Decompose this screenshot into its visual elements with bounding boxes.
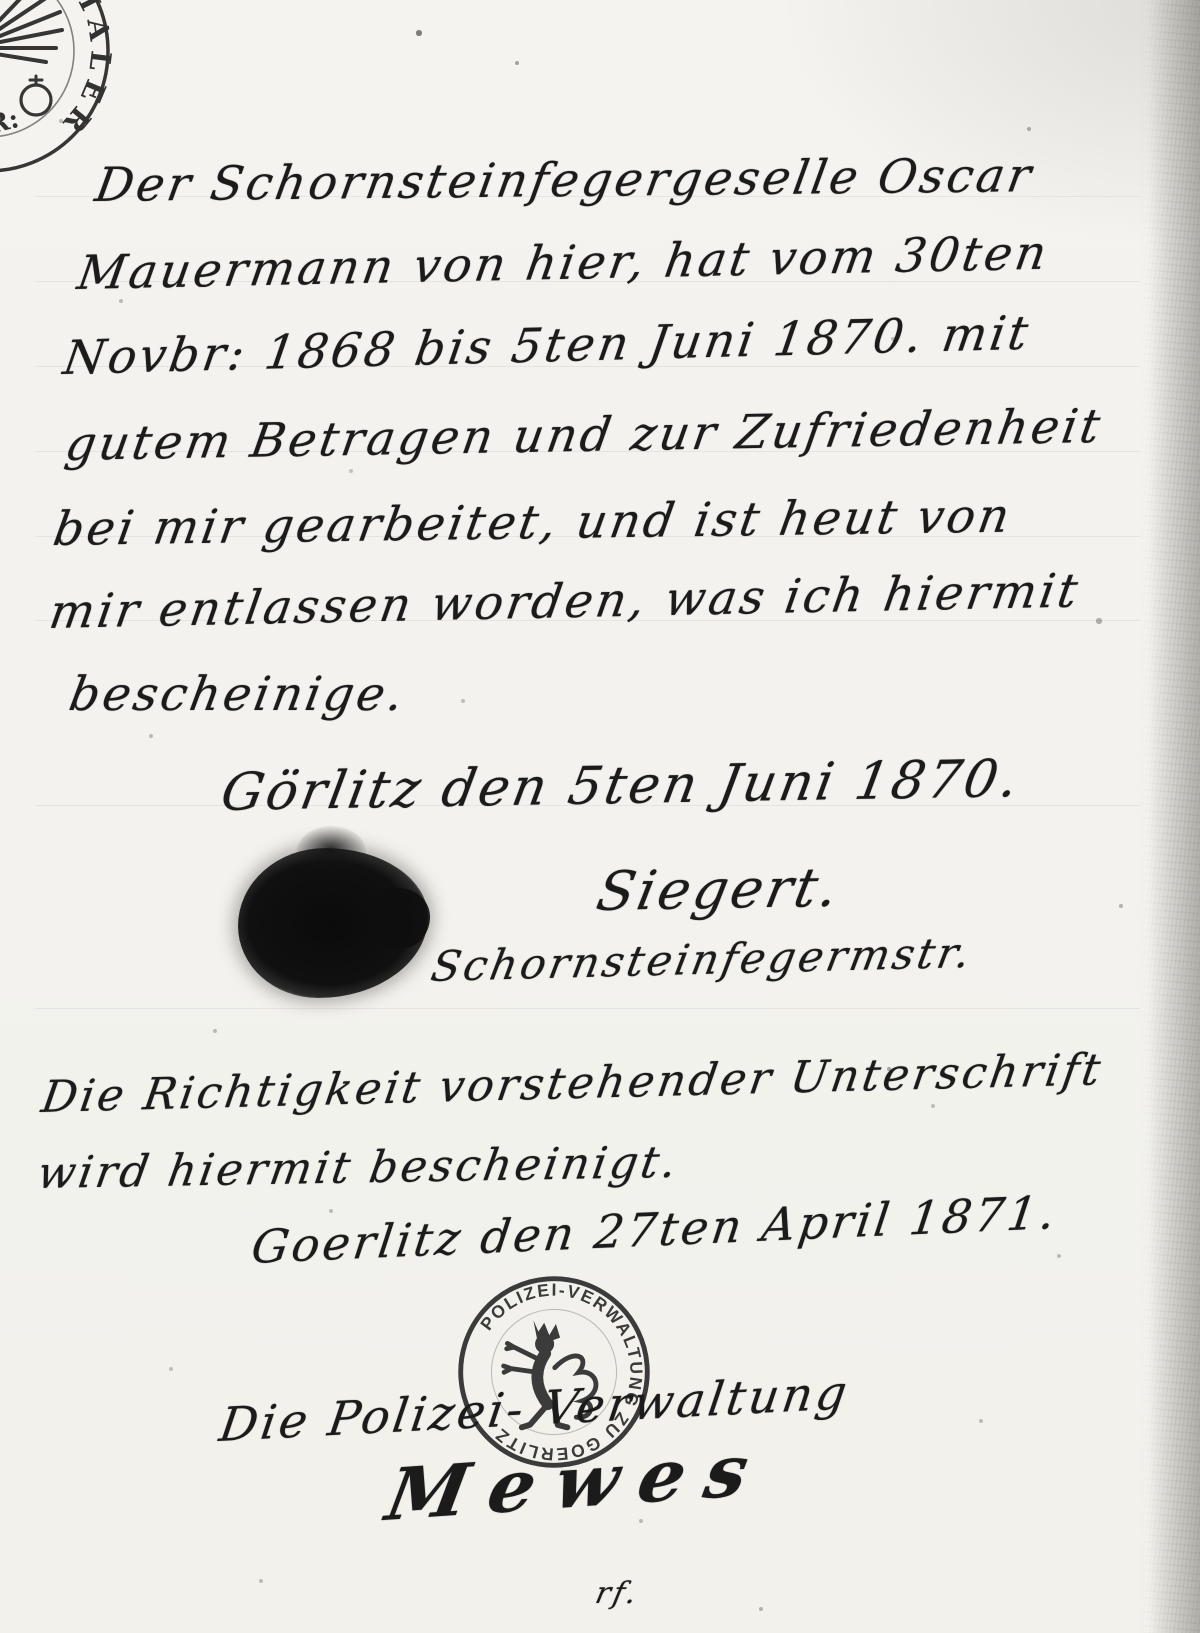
revenue-stamp-text: HALER [52, 0, 118, 145]
revenue-stamp-corner-text: R: [0, 104, 22, 141]
handwriting-line: gutem Betragen und zur Zufriedenheit [62, 399, 1107, 472]
handwriting-line: bei mir gearbeitet, und ist heut von [50, 489, 1017, 557]
signature-paraph: rf. [592, 1576, 642, 1611]
signature-title: Schornsteinfegermstr. [427, 928, 977, 991]
guide-line [35, 1008, 1140, 1009]
handwriting-line: bescheinige. [65, 667, 410, 722]
signature-mewes: Mewes [380, 1426, 775, 1537]
handwriting-line: Der Schornsteinfegergeselle Oscar [91, 148, 1037, 213]
certification-line: wird hiermit bescheinigt. [34, 1137, 683, 1199]
svg-text:HALER: HALER [52, 0, 118, 145]
handwriting-line: Novbr: 1868 bis 5ten Juni 1870. mit [60, 306, 1035, 386]
signature-siegert: Siegert. [592, 856, 847, 923]
handwriting-line: mir entlassen worden, was ich hiermit [46, 564, 1084, 640]
document-page: HALER R: Der Schornsteinfegergeselle Osc… [0, 0, 1200, 1633]
page-edge-grain [1136, 0, 1200, 1633]
handwriting-line: Mauermann von hier, hat vom 30ten [74, 226, 1053, 301]
eagle-icon [0, 0, 62, 115]
certification-line: Die Richtigkeit vorstehender Unterschrif… [38, 1044, 1107, 1123]
ink-blot [238, 848, 428, 998]
dateline-goerlitz-1870: Görlitz den 5ten Juni 1870. [217, 749, 1026, 823]
dateline-goerlitz-1871: Goerlitz den 27ten April 1871. [248, 1185, 1061, 1274]
